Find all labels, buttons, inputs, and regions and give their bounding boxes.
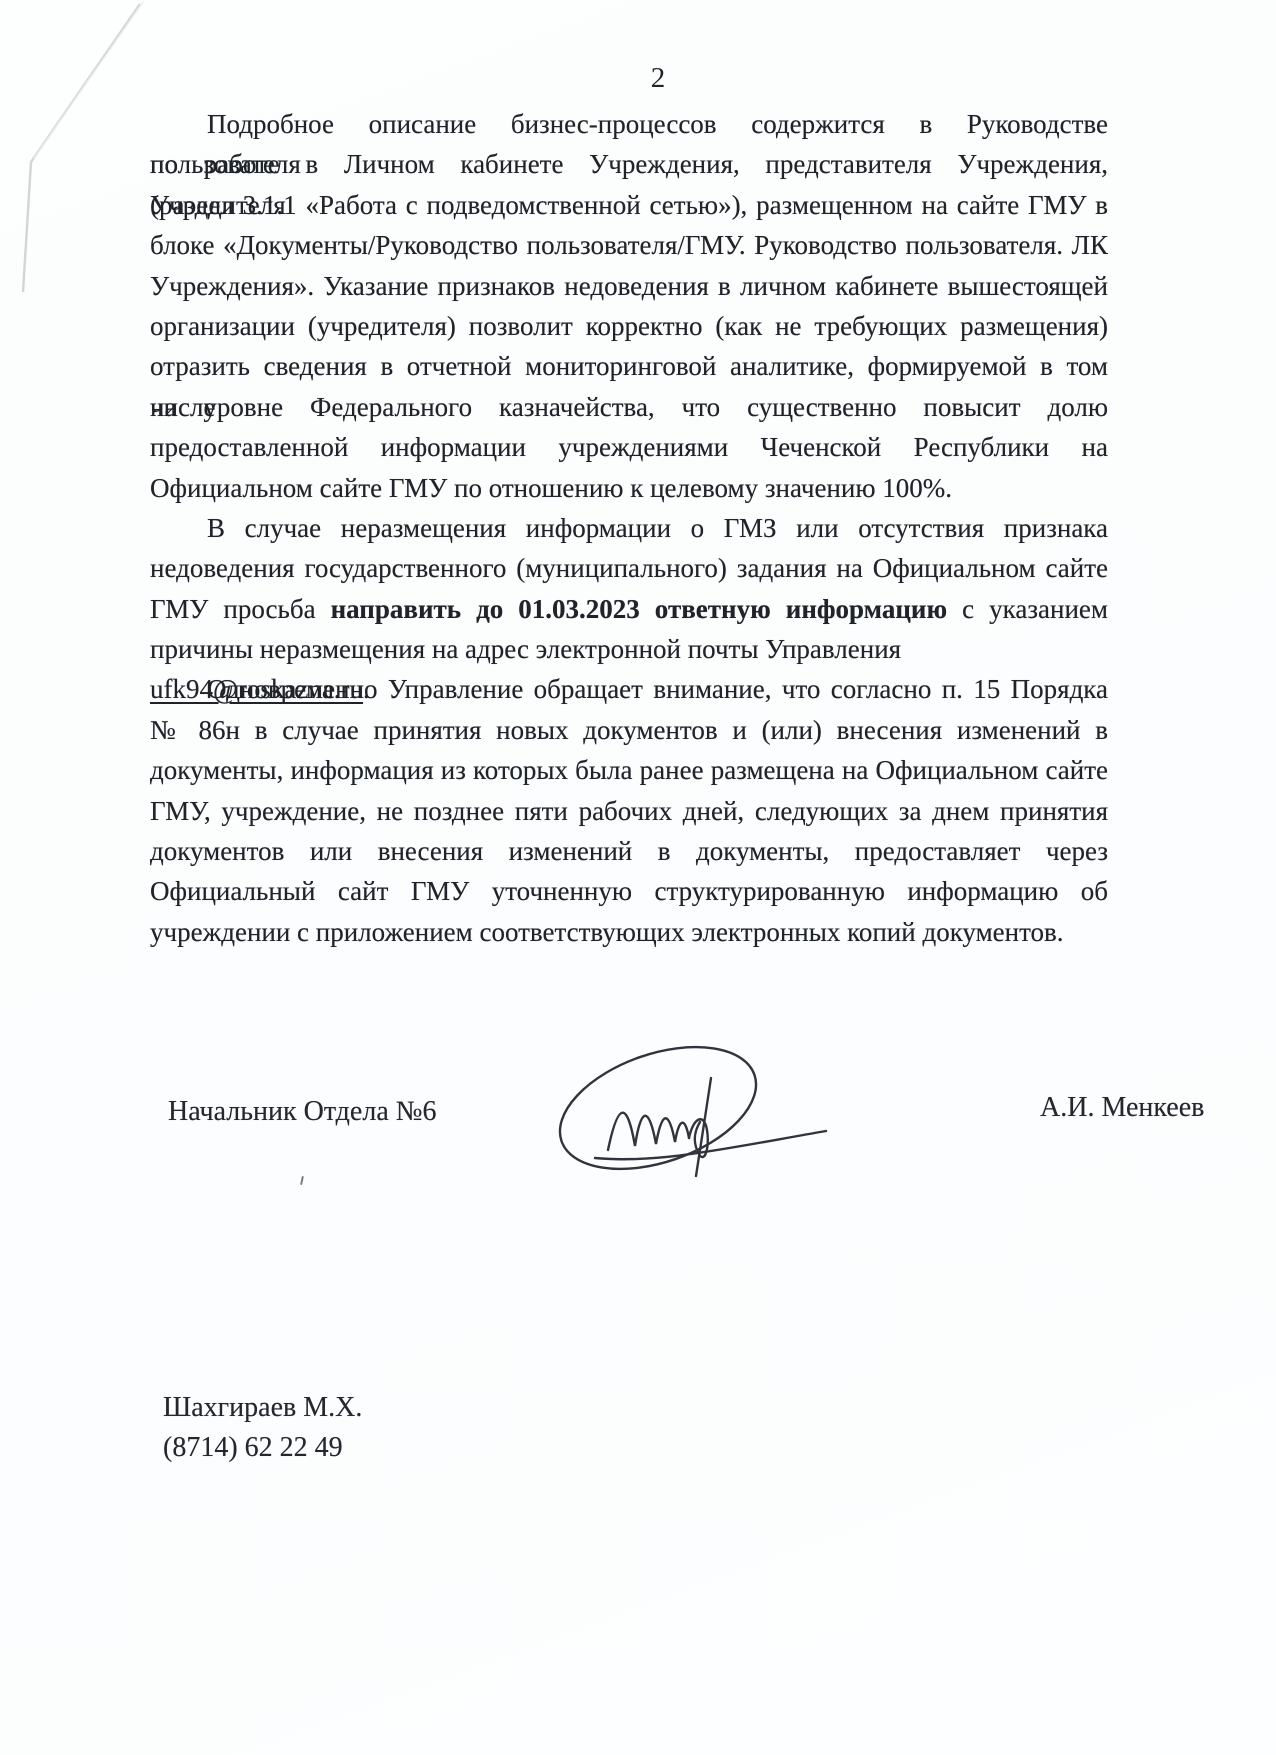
- scanned-page: 2 Подробное описание бизнес-процессов со…: [0, 0, 1276, 1755]
- text-line: ГМУ просьба направить до 01.03.2023 отве…: [150, 589, 1108, 629]
- text-segment: В случае неразмещения информации о ГМЗ и…: [207, 513, 1108, 543]
- text-line: В случае неразмещения информации о ГМЗ и…: [150, 508, 1108, 548]
- text-segment: № 86н в случае принятия новых документов…: [150, 715, 1108, 745]
- text-segment: предоставленной информации учреждениями …: [150, 432, 1108, 462]
- text-line: документы, информация из которых была ра…: [150, 750, 1108, 790]
- text-segment: Официальном сайте ГМУ по отношению к цел…: [150, 473, 952, 503]
- executor-block: Шахгираев М.Х. (8714) 62 22 49: [163, 1388, 362, 1468]
- text-line: Учреждения». Указание признаков недоведе…: [150, 266, 1108, 306]
- text-line: Официальный сайт ГМУ уточненную структур…: [150, 871, 1108, 911]
- handwritten-signature-icon: [538, 1030, 868, 1185]
- text-line: ГМУ, учреждение, не позднее пяти рабочих…: [150, 791, 1108, 831]
- text-line: (раздел 3.1.1 «Работа с подведомственной…: [150, 185, 1108, 225]
- text-line: по работе в Личном кабинете Учреждения, …: [150, 144, 1108, 184]
- signer-name: А.И. Менкеев: [1040, 1092, 1204, 1124]
- executor-phone: (8714) 62 22 49: [163, 1428, 362, 1468]
- text-segment: недоведения государственного (муниципаль…: [150, 553, 1108, 583]
- text-segment: учреждении с приложением соответствующих…: [150, 917, 1064, 947]
- text-line: Подробное описание бизнес-процессов соде…: [150, 104, 1108, 144]
- executor-name: Шахгираев М.Х.: [163, 1388, 362, 1428]
- text-line: документов или внесения изменений в доку…: [150, 831, 1108, 871]
- text-line: блоке «Документы/Руководство пользовател…: [150, 225, 1108, 265]
- text-segment: на уровне Федерального казначейства, что…: [150, 392, 1108, 422]
- text-segment: Официальный сайт ГМУ уточненную структур…: [150, 876, 1108, 906]
- text-line: причины неразмещения на адрес электронно…: [150, 629, 1108, 669]
- text-line: предоставленной информации учреждениями …: [150, 427, 1108, 467]
- text-segment: Учреждения». Указание признаков недоведе…: [150, 271, 1108, 301]
- text-segment: Одновременно Управление обращает внимани…: [207, 674, 1108, 704]
- body-text: Подробное описание бизнес-процессов соде…: [150, 104, 1108, 952]
- text-segment: документов или внесения изменений в доку…: [150, 836, 1108, 866]
- text-segment: направить до 01.03.2023 ответную информа…: [331, 594, 948, 624]
- text-line: Официальном сайте ГМУ по отношению к цел…: [150, 468, 1108, 508]
- text-segment: причины неразмещения на адрес электронно…: [150, 634, 901, 664]
- page-number: 2: [180, 62, 1136, 95]
- text-segment: документы, информация из которых была ра…: [150, 755, 1108, 785]
- text-segment: с указанием: [947, 594, 1108, 624]
- text-segment: (раздел 3.1.1 «Работа с подведомственной…: [150, 190, 1108, 220]
- text-segment: ГМУ просьба: [150, 594, 331, 624]
- text-line: учреждении с приложением соответствующих…: [150, 912, 1108, 952]
- text-line: № 86н в случае принятия новых документов…: [150, 710, 1108, 750]
- text-line: организации (учредителя) позволит коррек…: [150, 306, 1108, 346]
- text-line: отразить сведения в отчетной мониторинго…: [150, 346, 1108, 386]
- signer-position-label: Начальник Отдела №6: [168, 1096, 436, 1128]
- text-line: недоведения государственного (муниципаль…: [150, 548, 1108, 588]
- text-line: Одновременно Управление обращает внимани…: [150, 669, 1108, 709]
- text-line: на уровне Федерального казначейства, что…: [150, 387, 1108, 427]
- text-segment: организации (учредителя) позволит коррек…: [150, 311, 1108, 341]
- text-segment: блоке «Документы/Руководство пользовател…: [150, 230, 1108, 260]
- text-segment: ГМУ, учреждение, не позднее пяти рабочих…: [150, 796, 1108, 826]
- scan-artifact: [300, 1176, 304, 1185]
